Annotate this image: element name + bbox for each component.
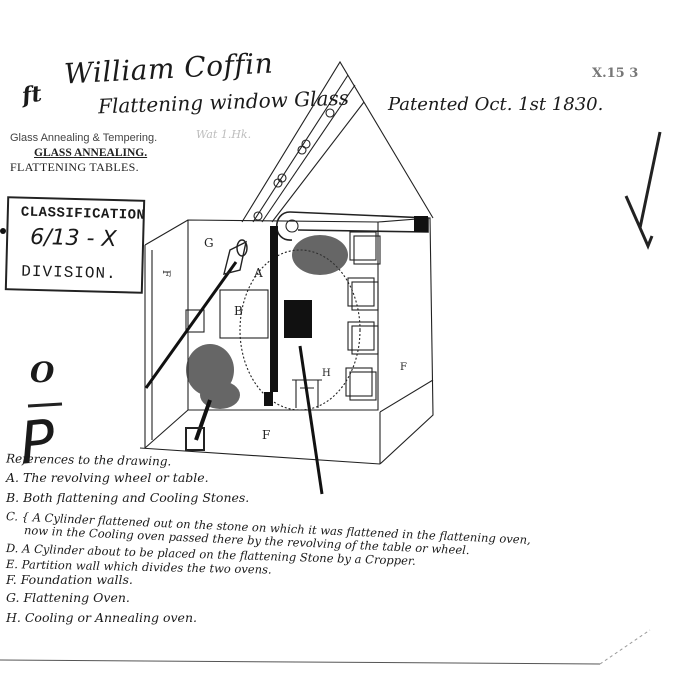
label-f: F [262, 428, 270, 442]
label-g: G [204, 236, 214, 250]
label-side-right: F [400, 362, 407, 373]
margin-letter-o: O [30, 356, 54, 389]
reference-item: H. Cooling or Annealing oven. [6, 610, 197, 626]
glass-stacks [346, 232, 380, 400]
stamp-glass-annealing: GLASS ANNEALING. [34, 147, 147, 159]
label-side-left: F [160, 270, 171, 277]
classification-box: CLASSIFICATION 6/13 - X DIVISION. [5, 196, 145, 294]
stamp-flattening-tables: FLATTENING TABLES. [10, 160, 139, 175]
pencil-note: Wat 1.Hk. [196, 128, 251, 141]
label-a: A [254, 266, 263, 280]
label-b: B [234, 304, 243, 318]
reference-item: G. Flattening Oven. [6, 590, 130, 606]
reference-item: B. Both flattening and Cooling Stones. [6, 490, 249, 506]
partition-wall [264, 226, 278, 406]
check-mark-icon [626, 132, 660, 246]
reference-item: A. The revolving wheel or table. [6, 470, 209, 486]
reference-item: F. Foundation walls. [6, 572, 133, 588]
patent-number: X.15 3 [592, 66, 638, 81]
patent-date: Patented Oct. 1st 1830. [388, 94, 603, 115]
margin-marker: ft [20, 81, 43, 109]
punch-hole [0, 228, 6, 234]
references-heading: References to the drawing. [6, 451, 172, 470]
division-label: DIVISION. [21, 263, 117, 283]
label-h: H [322, 368, 331, 379]
stamp-annealing-tempering: Glass Annealing & Tempering. [10, 132, 157, 144]
classification-title: CLASSIFICATION [21, 205, 146, 224]
classification-number: 6/13 - X [30, 225, 117, 252]
